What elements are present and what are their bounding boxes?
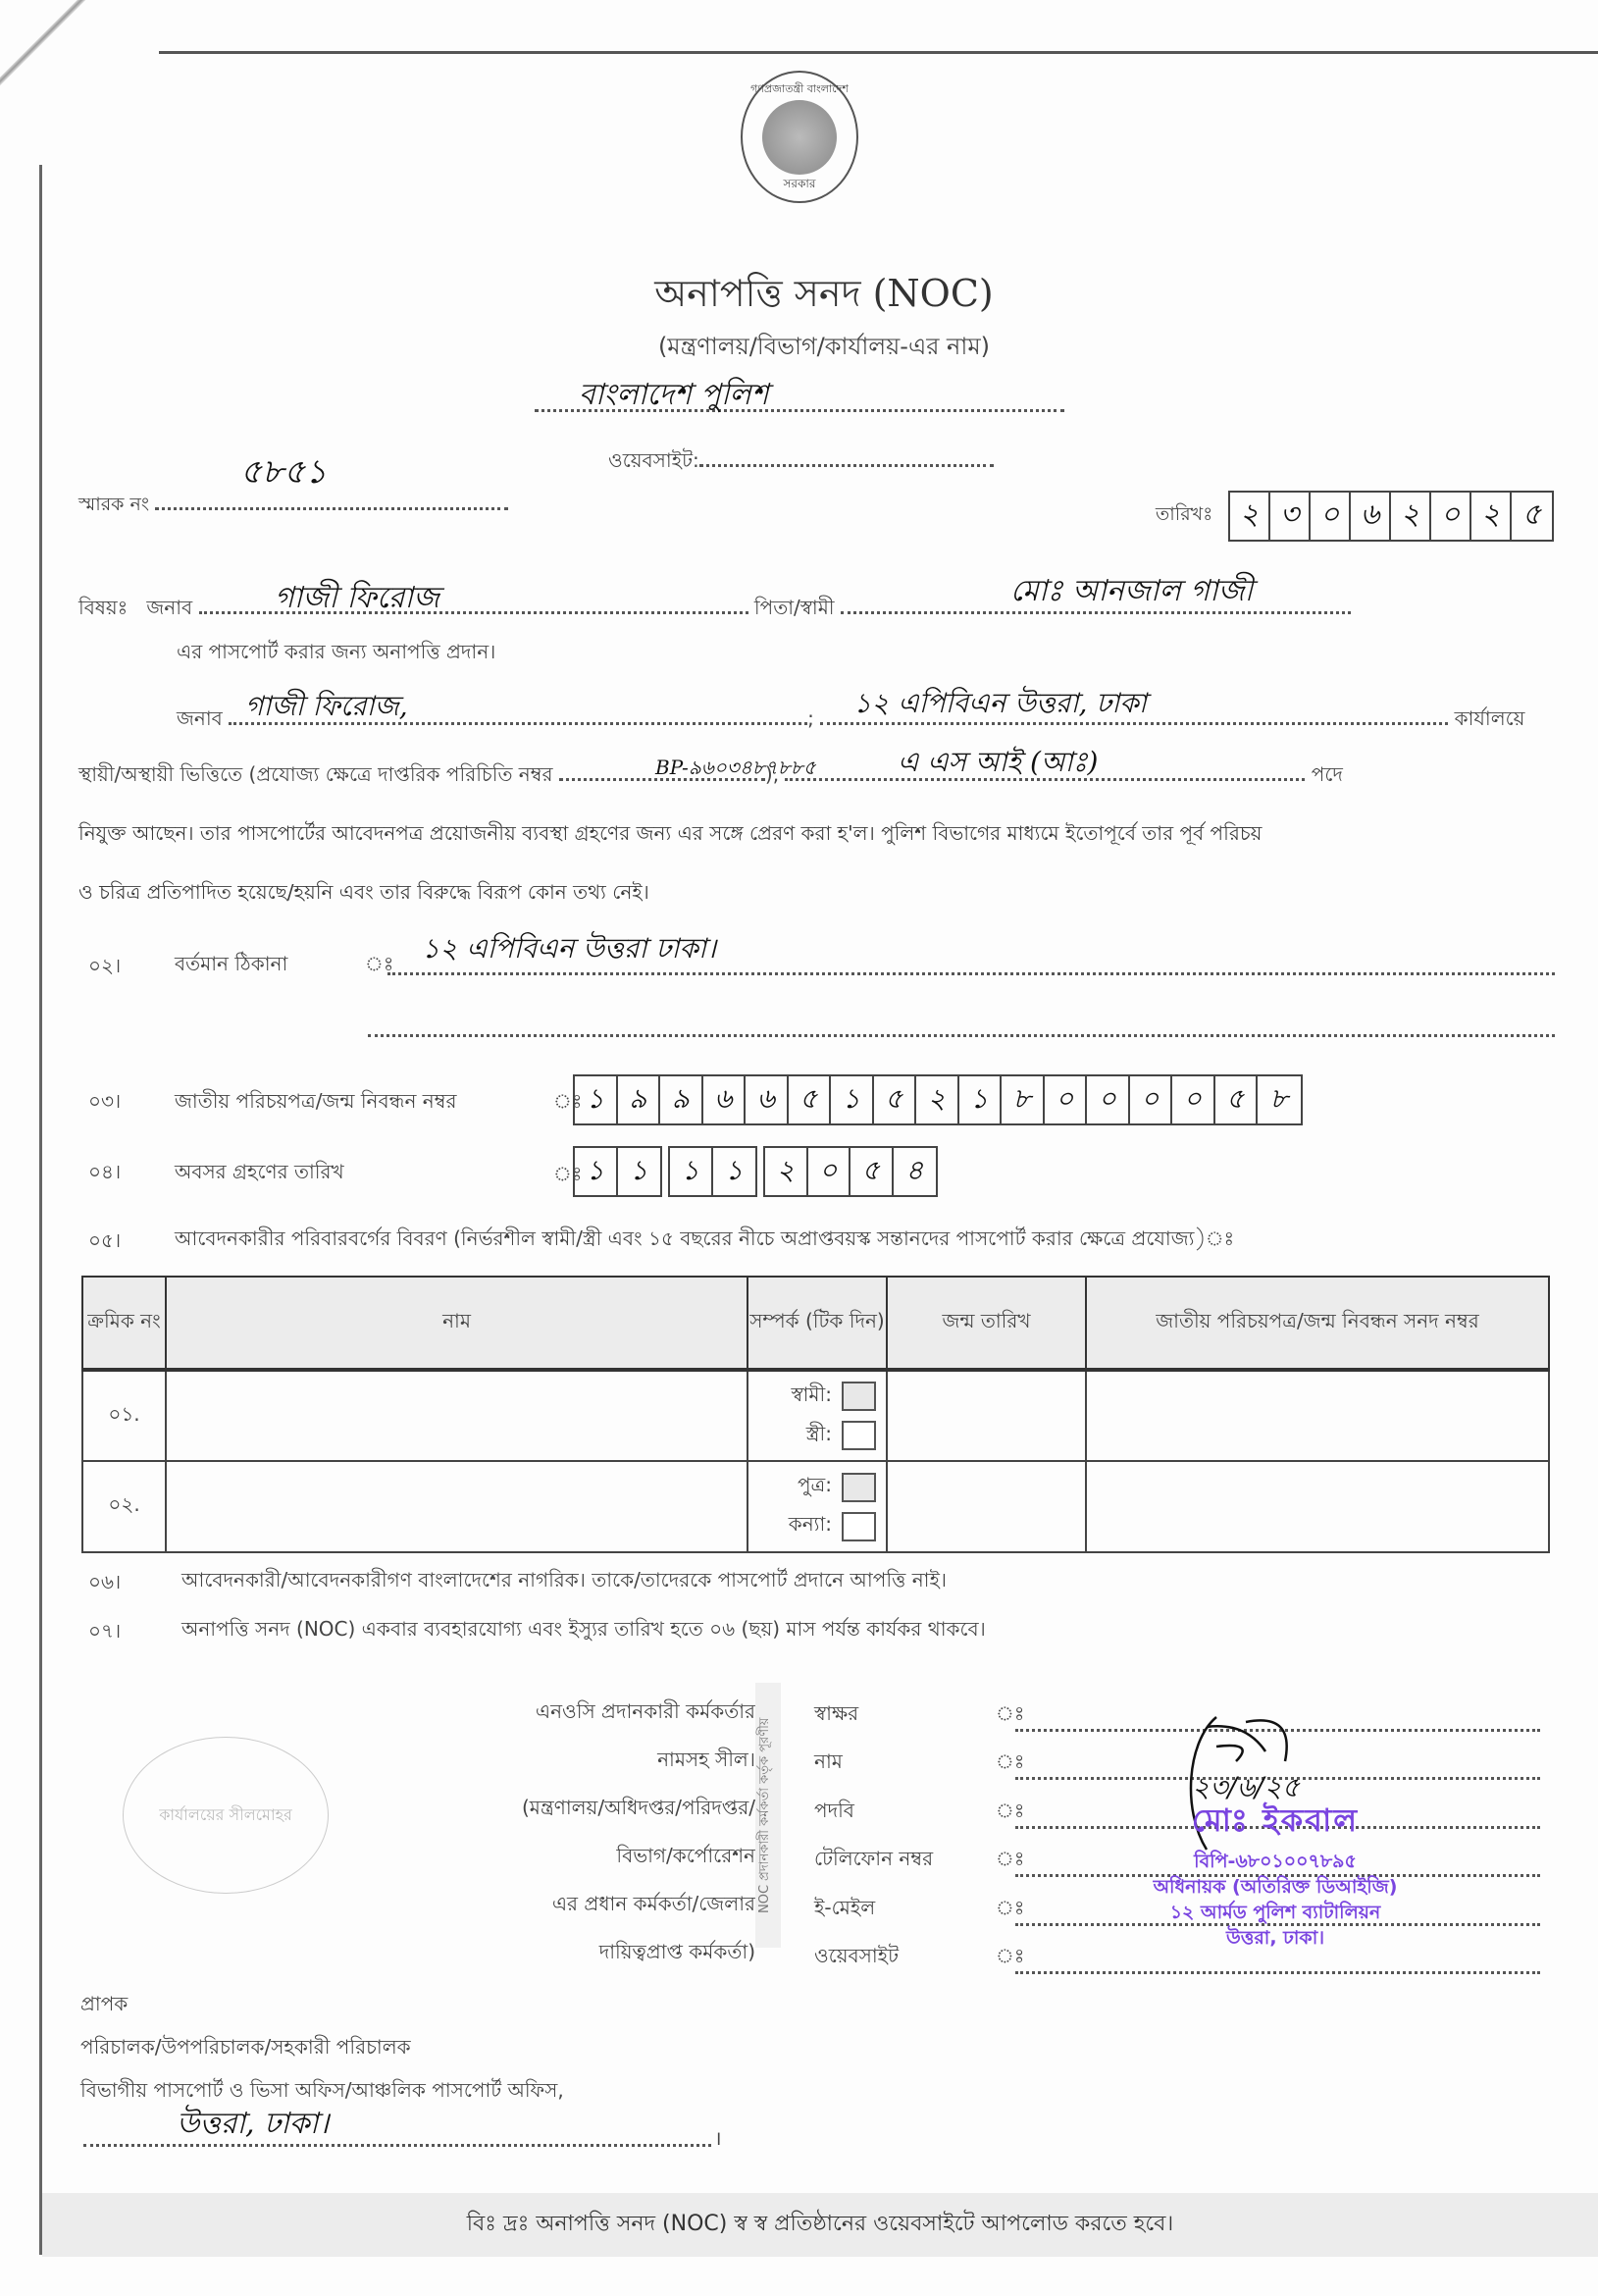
row-nid-cell[interactable] — [1086, 1461, 1549, 1552]
stamp-designation: অধিনায়ক (অতিরিক্ত ডিআইজি) — [1069, 1874, 1481, 1900]
body-mr-label: জনাব — [177, 706, 223, 730]
retirement-month-group[interactable]: ১১ — [668, 1146, 757, 1197]
item02-number: ০২। — [88, 952, 121, 984]
subject-label: বিষয়ঃ — [78, 596, 128, 619]
date-boxes[interactable]: ২৩০৬২০২৫ — [1228, 491, 1554, 542]
date-digit-box[interactable]: ২ — [1471, 493, 1512, 540]
nid-digit-box[interactable]: ০ — [1045, 1076, 1088, 1123]
relation-label: পুত্র: — [798, 1471, 832, 1503]
emblem-top-text: গণপ্রজাতন্ত্রী বাংলাদেশ — [743, 80, 856, 99]
website-field[interactable] — [699, 464, 994, 467]
item07-number: ০৭। — [88, 1617, 121, 1649]
signatory-field-label: টেলিফোন নম্বর — [814, 1845, 996, 1877]
nid-digit-box[interactable]: ৫ — [1215, 1076, 1259, 1123]
recipient-office-value: উত্তরা, ঢাকা। — [177, 2100, 329, 2150]
family-details-table: ক্রমিক নং নাম সম্পর্ক (টিক দিন) জন্ম তার… — [81, 1276, 1550, 1553]
date-digit-box[interactable]: ৬ — [1351, 493, 1391, 540]
nid-digit-box[interactable]: ০ — [1172, 1076, 1215, 1123]
signatory-field-colon: ঃ — [996, 1942, 1015, 1974]
nid-digit-box[interactable]: ৬ — [703, 1076, 747, 1123]
item05-label: আবেদনকারীর পরিবারবর্গের বিবরণ (নির্ভরশীল… — [175, 1225, 1234, 1257]
table-row: ০১.স্বামী:স্ত্রী: — [82, 1370, 1549, 1461]
nid-digit-box[interactable]: ৯ — [660, 1076, 703, 1123]
signatory-description: এনওসি প্রদানকারী কর্মকর্তারনামসহ সীল।(মন… — [392, 1688, 755, 1976]
relation-checkbox[interactable] — [842, 1512, 876, 1541]
date-label: তারিখঃ — [1156, 500, 1212, 532]
signatory-field-label: ই-মেইল — [814, 1894, 996, 1926]
body-name-value: গাজী ফিরোজ, — [245, 685, 408, 731]
signatory-field-label: স্বাক্ষর — [814, 1699, 996, 1732]
recipient-label: প্রাপক — [80, 1982, 564, 2025]
retirement-digit-box[interactable]: ২ — [765, 1148, 808, 1195]
nid-digit-box[interactable]: ৮ — [1002, 1076, 1045, 1123]
signatory-description-line: নামসহ সীল। — [392, 1736, 755, 1784]
top-border — [159, 51, 1598, 54]
nid-digit-box[interactable]: ৫ — [789, 1076, 832, 1123]
relation-label: স্ত্রী: — [806, 1420, 832, 1452]
date-digit-box[interactable]: ০ — [1311, 493, 1351, 540]
nid-digit-box[interactable]: ৫ — [874, 1076, 917, 1123]
item03-label: জাতীয় পরিচয়পত্র/জন্ম নিবন্ধন নম্বর — [175, 1087, 456, 1120]
relation-label: কন্যা: — [789, 1510, 832, 1542]
document-title: অনাপত্তি সনদ (NOC) — [549, 265, 1099, 328]
col-name: নাম — [166, 1277, 747, 1370]
date-digit-box[interactable]: ৫ — [1512, 493, 1552, 540]
item05-number: ০৫। — [88, 1226, 121, 1259]
signatory-field-label: নাম — [814, 1748, 996, 1780]
government-emblem-icon: গণপ্রজাতন্ত্রী বাংলাদেশ সরকার — [741, 71, 858, 203]
official-id-value: BP-৯৬০৩৪৮৭৮৮৫ — [655, 754, 816, 786]
item04-number: ০৪। — [88, 1158, 121, 1190]
designation-value: এ এস আই (আঃ) — [898, 741, 1098, 787]
ministry-name-value: বাংলাদেশ পুলিশ — [579, 371, 769, 421]
retirement-year-group[interactable]: ২০৫৪ — [763, 1146, 938, 1197]
signatory-description-line: এনওসি প্রদানকারী কর্মকর্তার — [392, 1688, 755, 1736]
item04-label: অবসর গ্রহণের তারিখ — [175, 1158, 344, 1190]
father-name-value: মোঃ আনজাল গাজী — [1010, 567, 1253, 617]
address-field-line2[interactable] — [368, 1016, 1555, 1037]
signatory-description-line: এর প্রধান কর্মকর্তা/জেলার — [392, 1880, 755, 1928]
nid-digit-box[interactable]: ৮ — [1258, 1076, 1301, 1123]
nid-digit-box[interactable]: ১ — [575, 1076, 618, 1123]
body-paragraph-line1: নিযুক্ত আছেন। তার পাসপোর্টের আবেদনপত্র প… — [78, 819, 1262, 852]
nid-digit-box[interactable]: ০ — [1087, 1076, 1130, 1123]
recipient-end-mark: । — [714, 2124, 722, 2151]
stamp-unit: ১২ আর্মড পুলিশ ব্যাটালিয়ন — [1069, 1900, 1481, 1925]
retirement-digit-box[interactable]: ০ — [808, 1148, 851, 1195]
signatory-field-label: পদবি — [814, 1797, 996, 1829]
signatory-field-colon: ঃ — [996, 1699, 1015, 1732]
item06-text: আবেদনকারী/আবেদনকারীগণ বাংলাদেশের নাগরিক।… — [181, 1566, 947, 1598]
signatory-description-line: (মন্ত্রণালয়/অধিদপ্তর/পরিদপ্তর/ — [392, 1784, 755, 1832]
officer-stamp: মোঃ ইকবাল বিপি-৬৮০১০০৭৮৯৫ অধিনায়ক (অতির… — [1069, 1796, 1481, 1951]
office-suffix: কার্যালয়ে — [1455, 706, 1525, 730]
retirement-digit-box[interactable]: ৪ — [894, 1148, 937, 1195]
relation-checkbox[interactable] — [842, 1473, 876, 1502]
address-value: ১২ এপিবিএন উত্তরা ঢাকা। — [422, 927, 716, 973]
stamp-location: উত্তরা, ঢাকা। — [1069, 1925, 1481, 1951]
item06-number: ০৬। — [88, 1568, 121, 1600]
table-row: ০২.পুত্র:কন্যা: — [82, 1461, 1549, 1552]
stamp-name: মোঃ ইকবাল — [1069, 1796, 1481, 1849]
signatory-field-input[interactable] — [1015, 1953, 1540, 1974]
emblem-map-icon — [762, 100, 837, 175]
retirement-day-group[interactable]: ১১ — [573, 1146, 662, 1197]
office-seal-placeholder: কার্যালয়ের সীলমোহর — [123, 1737, 329, 1894]
emblem-bottom-text: সরকার — [743, 176, 856, 195]
date-digit-box[interactable]: ২ — [1391, 493, 1431, 540]
date-digit-box[interactable]: ০ — [1431, 493, 1471, 540]
body-paragraph-line2: ও চরিত্র প্রতিপাদিত হয়েছে/হয়নি এবং তার… — [78, 878, 649, 911]
row-name-cell[interactable] — [166, 1370, 747, 1461]
relation-label: স্বামী: — [791, 1381, 832, 1413]
row-dob-cell[interactable] — [887, 1461, 1086, 1552]
subject-mr-label: জনাব — [146, 596, 192, 619]
item07-text: অনাপত্তি সনদ (NOC) একবার ব্যবহারযোগ্য এব… — [181, 1615, 986, 1647]
col-serial: ক্রমিক নং — [82, 1277, 166, 1370]
relation-checkbox[interactable] — [842, 1382, 876, 1411]
date-digit-box[interactable]: ২ — [1230, 493, 1270, 540]
memo-label: স্মারক নং — [78, 494, 149, 515]
subject-purpose: এর পাসপোর্ট করার জন্য অনাপত্তি প্রদান। — [177, 638, 495, 670]
memo-number-field[interactable] — [155, 507, 508, 510]
nid-digit-box[interactable]: ১ — [959, 1076, 1003, 1123]
retirement-digit-box[interactable]: ১ — [670, 1148, 713, 1195]
nid-digit-box[interactable]: ২ — [916, 1076, 959, 1123]
item02-label: বর্তমান ঠিকানা — [175, 950, 287, 982]
retirement-digit-box[interactable]: ১ — [575, 1148, 618, 1195]
date-digit-box[interactable]: ৩ — [1270, 493, 1311, 540]
row-name-cell[interactable] — [166, 1461, 747, 1552]
signatory-field-colon: ঃ — [996, 1894, 1015, 1926]
signatory-field-label: ওয়েবসাইট — [814, 1942, 996, 1974]
signatory-field-colon: ঃ — [996, 1845, 1015, 1877]
website-row: ওয়েবসাইট: — [608, 446, 994, 479]
left-border — [39, 165, 42, 2255]
signatory-description-line: দায়িত্বপ্রাপ্ত কর্মকর্তা) — [392, 1928, 755, 1976]
col-nid: জাতীয় পরিচয়পত্র/জন্ম নিবন্ধন সনদ নম্বর — [1086, 1277, 1549, 1370]
basis-text: স্থায়ী/অস্থায়ী ভিত্তিতে (প্রযোজ্য ক্ষে… — [78, 762, 553, 786]
nid-digit-box[interactable]: ৬ — [746, 1076, 789, 1123]
nid-digit-box[interactable]: ৯ — [618, 1076, 661, 1123]
nid-number-boxes[interactable]: ১৯৯৬৬৫১৫২১৮০০০০৫৮ — [573, 1074, 1303, 1125]
col-dob: জন্ম তারিখ — [887, 1277, 1086, 1370]
recipient-line1: পরিচালক/উপপরিচালক/সহকারী পরিচালক — [80, 2025, 564, 2068]
footer-note: বিঃ দ্রঃ অনাপত্তি সনদ (NOC) স্ব স্ব প্রত… — [42, 2193, 1598, 2257]
col-relation: সম্পর্ক (টিক দিন) — [747, 1277, 887, 1370]
signatory-vertical-note: NOC প্রদানকারী কর্মকর্তা কর্তৃক পূরণীয় — [755, 1683, 781, 1948]
relation-checkbox[interactable] — [842, 1421, 876, 1450]
retirement-date-boxes[interactable]: ১১১১২০৫৪ — [573, 1146, 944, 1197]
retirement-digit-box[interactable]: ৫ — [851, 1148, 894, 1195]
noc-document: গণপ্রজাতন্ত্রী বাংলাদেশ সরকার অনাপত্তি স… — [0, 0, 1598, 2296]
subject-name-value: গাজী ফিরোজ — [275, 574, 439, 624]
website-label: ওয়েবসাইট: — [608, 448, 699, 472]
memo-row: স্মারক নং — [78, 491, 508, 522]
signatory-field-colon: ঃ — [996, 1797, 1015, 1829]
paper-fold-line — [0, 0, 184, 123]
row-relation-cell: স্বামী:স্ত্রী: — [747, 1370, 887, 1461]
row-nid-cell[interactable] — [1086, 1370, 1549, 1461]
item03-number: ০৩। — [88, 1087, 121, 1120]
signatory-description-line: বিভাগ/কর্পোরেশন — [392, 1832, 755, 1880]
office-value: ১২ এপিবিএন উত্তরা, ঢাকা — [853, 682, 1147, 728]
document-subtitle: (মন্ত্রণালয়/বিভাগ/কার্যালয়-এর নাম) — [549, 329, 1099, 368]
nid-digit-box[interactable]: ১ — [831, 1076, 874, 1123]
row-serial: ০২. — [82, 1461, 166, 1552]
stamp-id: বিপি-৬৮০১০০৭৮৯৫ — [1069, 1849, 1481, 1874]
recipient-block: প্রাপক পরিচালক/উপপরিচালক/সহকারী পরিচালক … — [80, 1982, 564, 2112]
row-relation-cell: পুত্র:কন্যা: — [747, 1461, 887, 1552]
designation-suffix: পদে — [1312, 762, 1343, 786]
signatory-field-colon: ঃ — [996, 1748, 1015, 1780]
nid-digit-box[interactable]: ০ — [1130, 1076, 1173, 1123]
row-dob-cell[interactable] — [887, 1370, 1086, 1461]
father-label: পিতা/স্বামী — [754, 596, 835, 619]
retirement-digit-box[interactable]: ১ — [618, 1148, 661, 1195]
row-serial: ০১. — [82, 1370, 166, 1461]
retirement-digit-box[interactable]: ১ — [713, 1148, 756, 1195]
